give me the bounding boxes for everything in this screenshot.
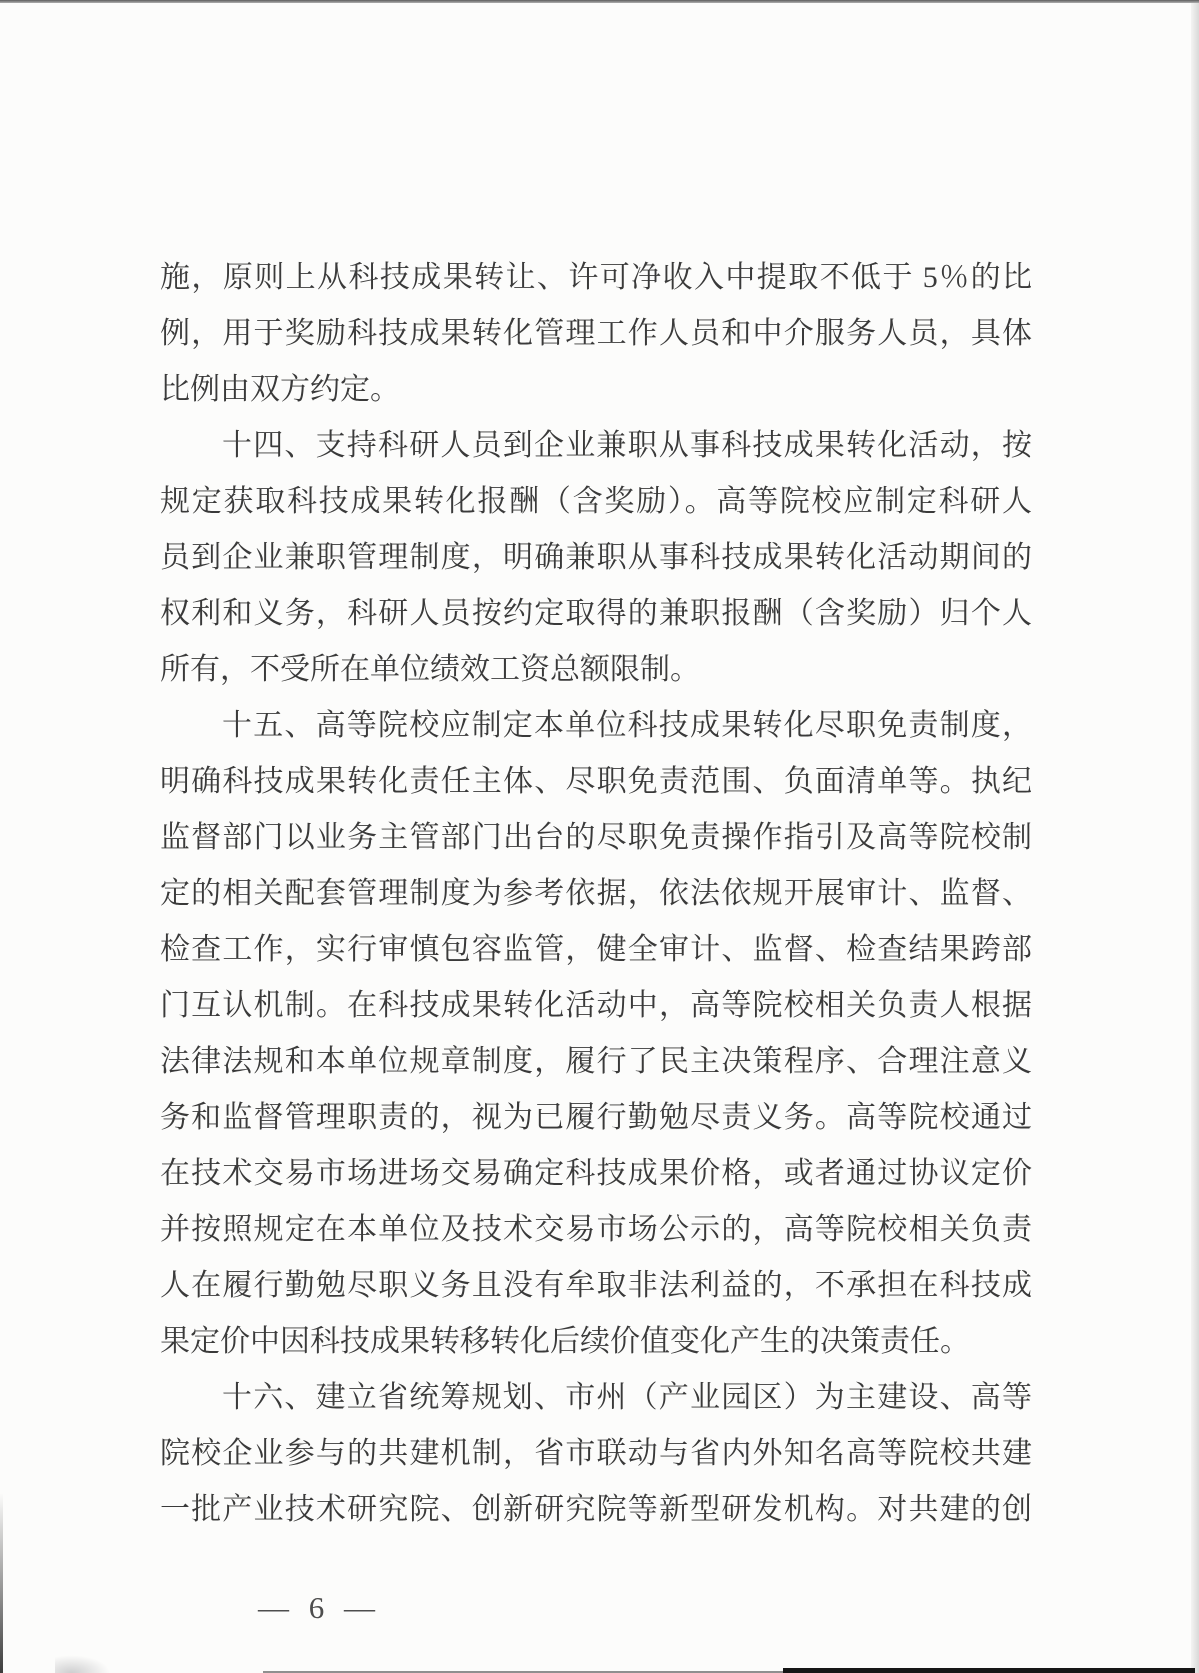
scan-edge-right xyxy=(1191,3,1199,1673)
text-line: 所有，不受所在单位绩效工资总额限制。 xyxy=(160,642,1032,698)
text-line: 法律法规和本单位规章制度，履行了民主决策程序、合理注意义 xyxy=(160,1034,1032,1090)
scan-corner-smudge xyxy=(55,1655,110,1673)
scanned-document-page: 施，原则上从科技成果转让、许可净收入中提取不低于 5％的比例，用于奖励科技成果转… xyxy=(0,0,1199,1673)
text-line: 施，原则上从科技成果转让、许可净收入中提取不低于 5％的比 xyxy=(160,250,1032,306)
text-line: 检查工作，实行审慎包容监管，健全审计、监督、检查结果跨部 xyxy=(160,922,1032,978)
text-line: 员到企业兼职管理制度，明确兼职从事科技成果转化活动期间的 xyxy=(160,530,1032,586)
text-line: 十五、高等院校应制定本单位科技成果转化尽职免责制度， xyxy=(160,698,1032,754)
text-line: 院校企业参与的共建机制，省市联动与省内外知名高等院校共建 xyxy=(160,1426,1032,1482)
page-number: — 6 — xyxy=(258,1590,376,1625)
scan-edge-top xyxy=(0,0,1199,3)
text-line: 监督部门以业务主管部门出台的尽职免责操作指引及高等院校制 xyxy=(160,810,1032,866)
text-line: 十六、建立省统筹规划、市州（产业园区）为主建设、高等 xyxy=(160,1370,1032,1426)
text-line: 例，用于奖励科技成果转化管理工作人员和中介服务人员，具体 xyxy=(160,306,1032,362)
scan-edge-bottom-thick xyxy=(783,1668,1195,1673)
page-footer: — 6 — xyxy=(183,1548,376,1588)
text-line: 十四、支持科研人员到企业兼职从事科技成果转化活动，按 xyxy=(160,418,1032,474)
text-line: 果定价中因科技成果转移转化后续价值变化产生的决策责任。 xyxy=(160,1314,1032,1370)
text-line: 人在履行勤勉尽职义务且没有牟取非法利益的，不承担在科技成 xyxy=(160,1258,1032,1314)
text-line: 明确科技成果转化责任主体、尽职免责范围、负面清单等。执纪 xyxy=(160,754,1032,810)
text-line: 门互认机制。在科技成果转化活动中，高等院校相关负责人根据 xyxy=(160,978,1032,1034)
scan-edge-left-bottom xyxy=(0,1493,3,1673)
document-text-block: 施，原则上从科技成果转让、许可净收入中提取不低于 5％的比例，用于奖励科技成果转… xyxy=(160,250,1032,1538)
text-line: 在技术交易市场进场交易确定科技成果价格，或者通过协议定价 xyxy=(160,1146,1032,1202)
text-line: 权利和义务，科研人员按约定取得的兼职报酬（含奖励）归个人 xyxy=(160,586,1032,642)
text-line: 比例由双方约定。 xyxy=(160,362,1032,418)
text-line: 规定获取科技成果转化报酬（含奖励）。高等院校应制定科研人 xyxy=(160,474,1032,530)
text-line: 一批产业技术研究院、创新研究院等新型研发机构。对共建的创 xyxy=(160,1482,1032,1538)
text-line: 并按照规定在本单位及技术交易市场公示的，高等院校相关负责 xyxy=(160,1202,1032,1258)
text-line: 定的相关配套管理制度为参考依据，依法依规开展审计、监督、 xyxy=(160,866,1032,922)
text-line: 务和监督管理职责的，视为已履行勤勉尽责义务。高等院校通过 xyxy=(160,1090,1032,1146)
